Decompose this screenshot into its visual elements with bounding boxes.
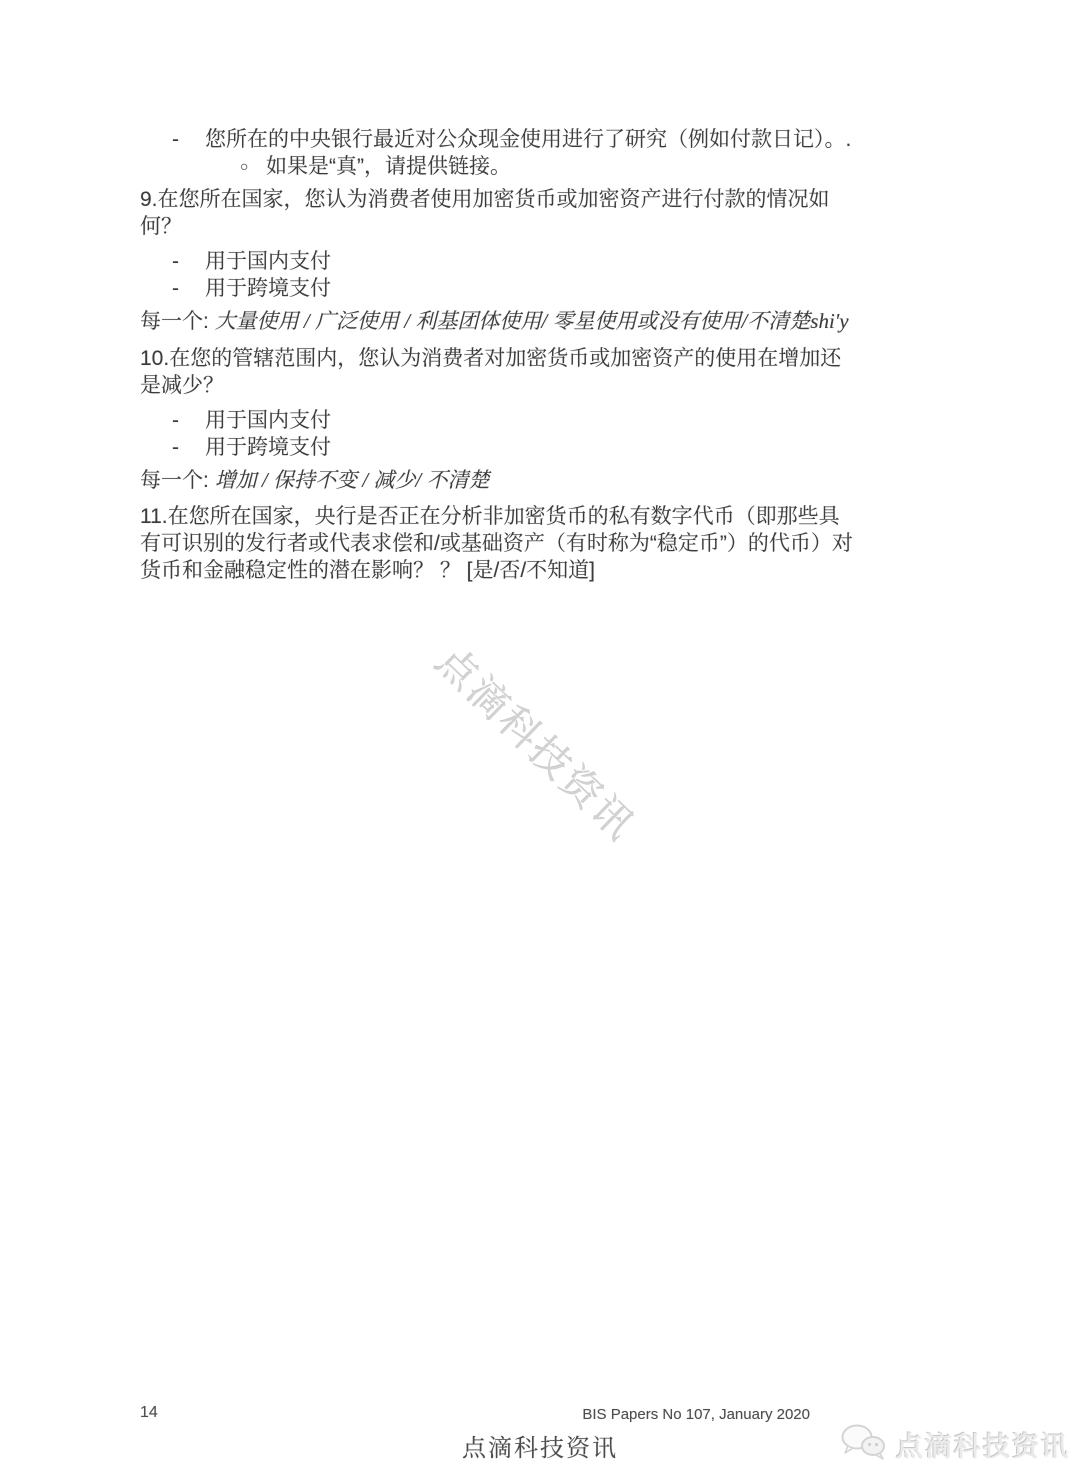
brand-logo-label: 点滴科技资讯 [896, 1425, 1070, 1464]
dash-bullet-marker: - [172, 434, 205, 461]
question-10-options: - 用于国内支付 - 用于跨境支付 [140, 407, 856, 461]
question-9-scale: 每一个: 大量使用 / 广泛使用 / 利基团体使用/ 零星使用或没有使用/不清楚… [140, 308, 856, 335]
document-body: - 您所在的中央银行最近对公众现金使用进行了研究（例如付款日记）。. ○ 如果是… [140, 126, 856, 584]
question-9-options: - 用于国内支付 - 用于跨境支付 [140, 248, 856, 302]
document-page: - 您所在的中央银行最近对公众现金使用进行了研究（例如付款日记）。. ○ 如果是… [0, 0, 1080, 1468]
dash-bullet-marker: - [172, 275, 205, 302]
brand-logo: 点滴科技资讯 [840, 1422, 1070, 1467]
option-text-crossborder: 用于跨境支付 [205, 275, 331, 302]
page-number: 14 [140, 1404, 158, 1422]
dash-bullet-marker: - [172, 407, 205, 434]
question-9-heading: 9.在您所在国家，您认为消费者使用加密货币或加密资产进行付款的情况如何？ [140, 186, 856, 240]
question-10-scale: 每一个: 增加 / 保持不变 / 减少/ 不清楚 [140, 467, 856, 494]
list-item: - 用于国内支付 [172, 248, 856, 275]
circle-bullet-marker: ○ [240, 153, 266, 180]
sub-bullet-text: 如果是“真”，请提供链接。 [266, 153, 511, 180]
bullet-text: 您所在的中央银行最近对公众现金使用进行了研究（例如付款日记）。. [205, 126, 851, 153]
list-item: - 用于国内支付 [172, 407, 856, 434]
bullet-item-cash-study: - 您所在的中央银行最近对公众现金使用进行了研究（例如付款日记）。. [172, 126, 856, 153]
dash-bullet-marker: - [172, 248, 205, 275]
scale-prefix: 每一个: [140, 469, 209, 492]
question-11-paragraph: 11.在您所在国家，央行是否正在分析非加密货币的私有数字代币（即那些具有可识别的… [140, 503, 856, 584]
list-item: - 用于跨境支付 [172, 275, 856, 302]
wechat-bubbles-icon [840, 1422, 888, 1467]
scale-prefix: 每一个: [140, 310, 209, 333]
option-text-domestic: 用于国内支付 [205, 248, 331, 275]
scale-options: 大量使用 / 广泛使用 / 利基团体使用/ 零星使用或没有使用/不清楚shi'y [215, 309, 849, 333]
publication-reference: BIS Papers No 107, January 2020 [582, 1406, 810, 1423]
dash-bullet-marker: - [172, 126, 205, 153]
list-item: - 用于跨境支付 [172, 434, 856, 461]
option-text-crossborder: 用于跨境支付 [205, 434, 331, 461]
diagonal-watermark-text: 点滴科技资讯 [425, 632, 650, 852]
option-text-domestic: 用于国内支付 [205, 407, 331, 434]
question-10-heading: 10.在您的管辖范围内，您认为消费者对加密货币或加密资产的使用在增加还是减少？ [140, 345, 856, 399]
scale-options: 增加 / 保持不变 / 减少/ 不清楚 [215, 468, 490, 492]
sub-bullet-item-provide-link: ○ 如果是“真”，请提供链接。 [240, 153, 856, 180]
